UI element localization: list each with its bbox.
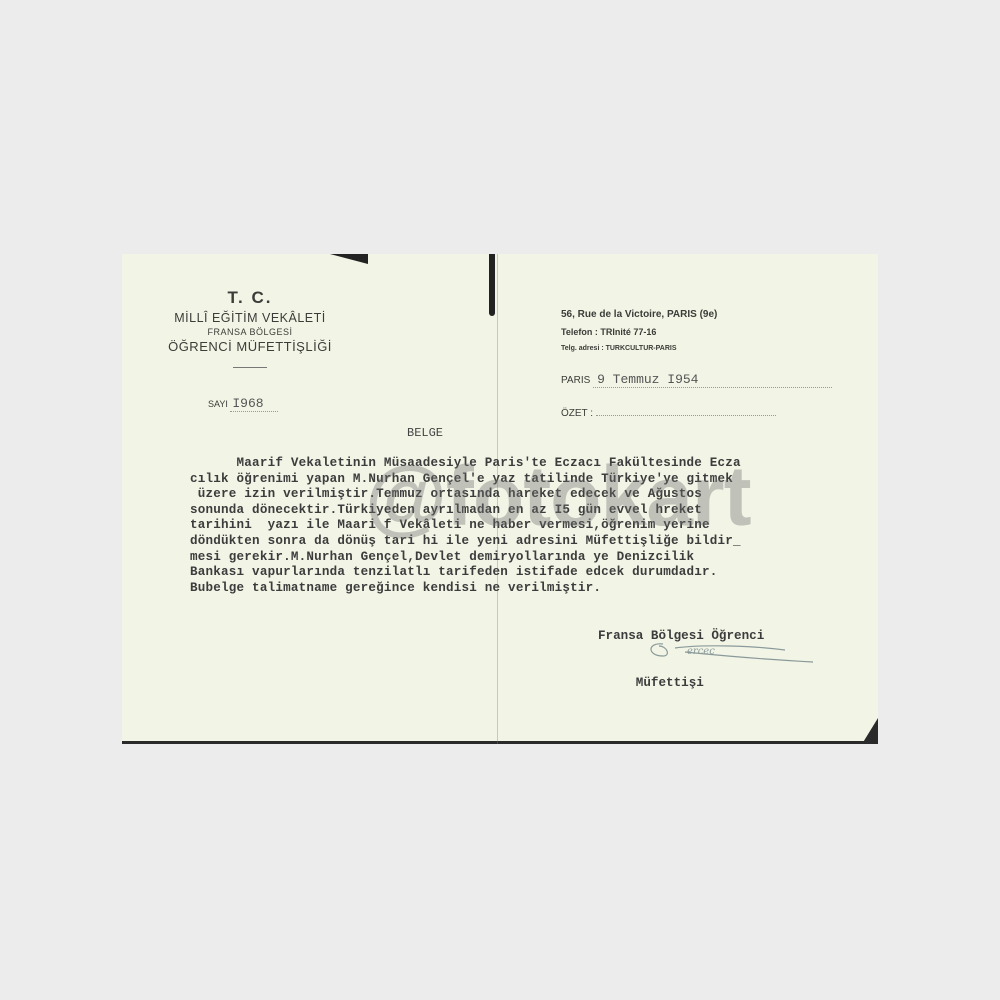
body-line: döndükten sonra da dönüş tari hi ile yen…	[190, 534, 870, 550]
contact-telephone: Telefon : TRInité 77-16	[561, 327, 717, 337]
ozet-label: ÖZET :	[561, 408, 593, 419]
torn-corner	[862, 718, 878, 744]
letterhead-ministry: MİLLÎ EĞİTİM VEKÂLETİ	[150, 311, 350, 325]
handwritten-signature: ercec	[645, 638, 815, 668]
reference-number: SAYI I968	[208, 396, 278, 411]
contact-address: 56, Rue de la Victoire, PARIS (9e)	[561, 309, 717, 320]
body-line: Bubelge talimatname gereğince kendisi ne…	[190, 581, 870, 597]
body-line: Maarif Vekaletinin Müsaadesiyle Paris'te…	[190, 456, 870, 472]
body-line: Bankası vapurlarında tenzilatlı tarifede…	[190, 565, 870, 581]
letterhead-country: T. C.	[150, 288, 350, 308]
body-line: üzere izin verilmiştir.Temmuz ortasında …	[190, 487, 870, 503]
letterhead: T. C. MİLLÎ EĞİTİM VEKÂLETİ FRANSA BÖLGE…	[150, 288, 350, 368]
contact-info: 56, Rue de la Victoire, PARIS (9e) Telef…	[561, 309, 717, 352]
contact-telegraph: Telg. adresi : TURKCULTUR-PARIS	[561, 345, 717, 352]
paper-tear	[330, 254, 368, 264]
signature-line-2: Müfettişi	[598, 676, 764, 692]
date-label: PARIS	[561, 375, 590, 386]
date-value: 9 Temmuz I954	[593, 372, 832, 388]
document-body: Maarif Vekaletinin Müsaadesiyle Paris'te…	[190, 456, 870, 596]
document-title: BELGE	[407, 426, 443, 440]
body-line: cılık öğrenimi yapan M.Nurhan Gençel'e y…	[190, 472, 870, 488]
letterhead-divider	[233, 367, 267, 368]
body-line: mesi gerekir.M.Nurhan Gençel,Devlet demi…	[190, 550, 870, 566]
summary-line: ÖZET :	[561, 407, 776, 419]
letterhead-region: FRANSA BÖLGESİ	[150, 327, 350, 337]
svg-text:ercec: ercec	[687, 646, 715, 657]
letterhead-office: ÖĞRENCİ MÜFETTİŞLİĞİ	[150, 339, 350, 354]
date-line: PARIS 9 Temmuz I954	[561, 372, 832, 388]
fold-tear	[489, 254, 495, 316]
sayi-label: SAYI	[208, 399, 228, 409]
ozet-value	[596, 407, 776, 416]
body-line: tarihini yazı ile Maari f Vekâleti ne ha…	[190, 518, 870, 534]
body-line: sonunda dönecektir.Türkiyeden ayrılmadan…	[190, 503, 870, 519]
sayi-value: I968	[230, 396, 277, 412]
